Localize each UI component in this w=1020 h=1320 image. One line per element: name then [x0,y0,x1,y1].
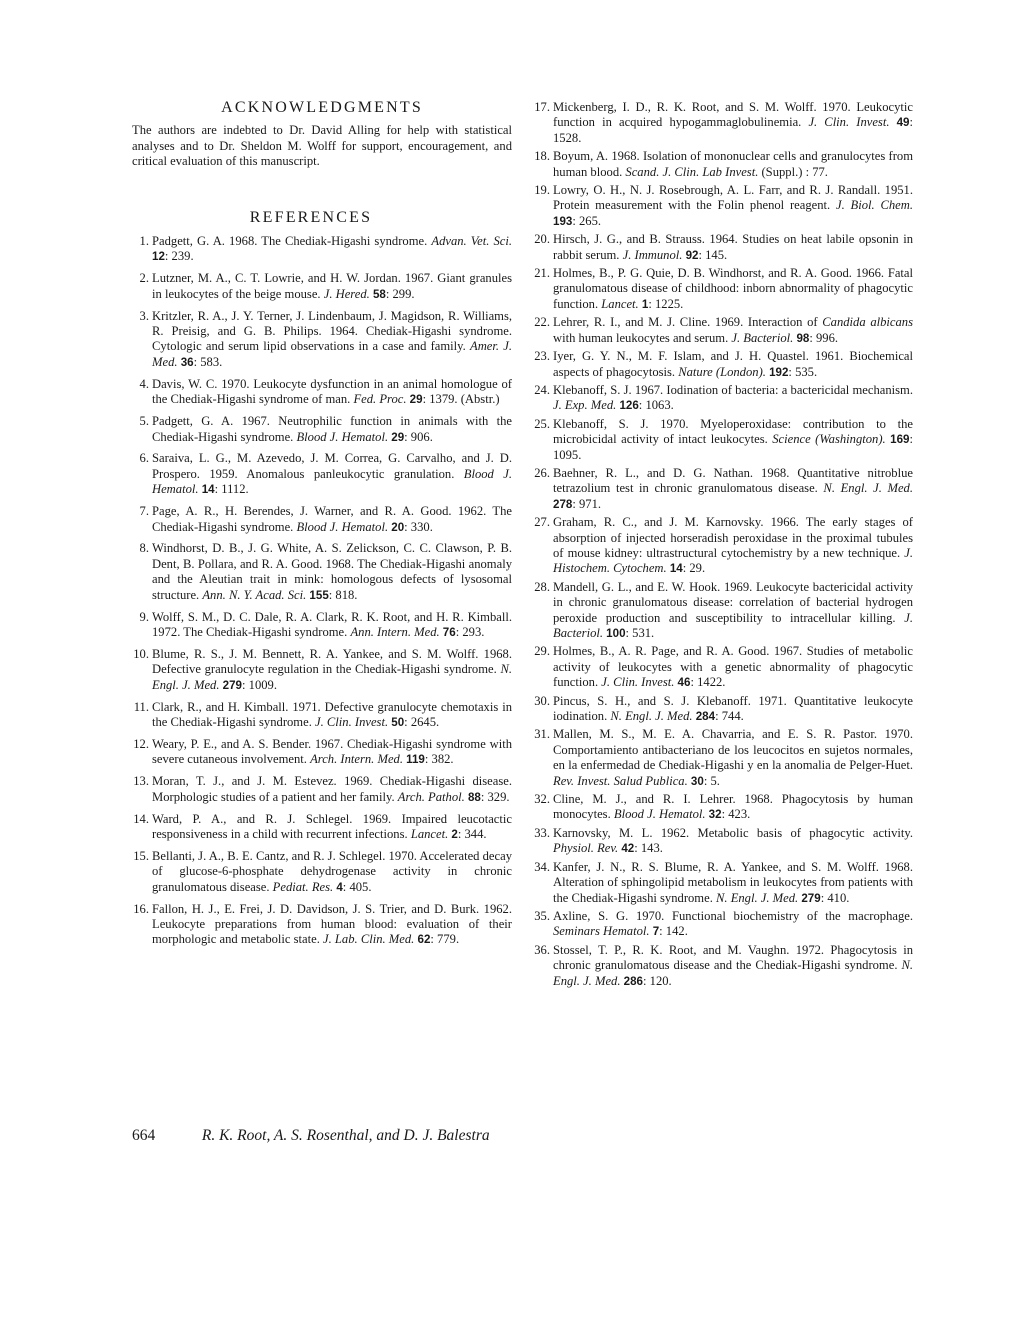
reference-text: : 996. [809,331,838,345]
journal-title: Lancet. [411,827,448,841]
journal-title: J. Lab. Clin. Med. [323,932,414,946]
left-column: ACKNOWLEDGMENTS The authors are indebted… [132,100,512,954]
reference-text: : 29. [683,561,705,575]
reference-item: 2.Lutzner, M. A., C. T. Lowrie, and H. W… [132,271,512,302]
reference-item: 22.Lehrer, R. I., and M. J. Cline. 1969.… [530,315,913,346]
journal-title: J. Clin. Invest. [808,115,889,129]
journal-title: J. Clin. Invest. [315,715,388,729]
reference-text: : 1063. [639,398,674,412]
reference-number: 18. [530,149,550,164]
volume-number: 58 [373,288,386,301]
reference-number: 3. [132,309,149,324]
reference-number: 2. [132,271,149,286]
reference-text: : 145. [698,248,727,262]
reference-text: : 299. [386,287,415,301]
reference-number: 25. [530,417,550,432]
journal-title: Seminars Hematol. [553,924,650,938]
volume-number: 193 [553,215,572,228]
reference-item: 32.Cline, M. J., and R. I. Lehrer. 1968.… [530,792,913,823]
reference-number: 4. [132,377,149,392]
right-column: 17.Mickenberg, I. D., R. K. Root, and S.… [530,100,913,992]
reference-text: : 906. [404,430,433,444]
reference-item: 6.Saraiva, L. G., M. Azevedo, J. M. Corr… [132,451,512,497]
reference-number: 32. [530,792,550,807]
reference-text: : 583. [194,355,223,369]
reference-number: 11. [132,700,149,715]
reference-text: : 405. [343,880,372,894]
volume-number: 284 [696,710,715,723]
reference-number: 34. [530,860,550,875]
reference-text: : 1009. [242,678,277,692]
reference-text: : 535. [788,365,817,379]
journal-title: N. Engl. J. Med. [716,891,798,905]
reference-item: 3.Kritzler, R. A., J. Y. Terner, J. Lind… [132,309,512,371]
reference-text: : 120. [643,974,672,988]
volume-number: 30 [691,775,704,788]
page-footer: 664 R. K. Root, A. S. Rosenthal, and D. … [132,1127,632,1145]
reference-text: Stossel, T. P., R. K. Root, and M. Vaugh… [553,943,913,972]
reference-number: 19. [530,183,550,198]
journal-title: Advan. Vet. Sci. [431,234,512,248]
volume-number: 62 [418,933,431,946]
reference-text: : 1422. [690,675,725,689]
reference-text: : 293. [456,625,485,639]
reference-item: 30.Pincus, S. H., and S. J. Klebanoff. 1… [530,694,913,725]
volume-number: 279 [223,679,242,692]
reference-text: Axline, S. G. 1970. Functional biochemis… [553,909,913,923]
reference-text: : 423. [722,807,751,821]
volume-number: 36 [181,356,194,369]
journal-title: Scand. J. Clin. Lab Invest. [625,165,758,179]
volume-number: 100 [606,627,625,640]
volume-number: 76 [443,626,456,639]
volume-number: 42 [621,842,634,855]
reference-number: 14. [132,812,149,827]
reference-item: 21.Holmes, B., P. G. Quie, D. B. Windhor… [530,266,913,312]
reference-list-right: 17.Mickenberg, I. D., R. K. Root, and S.… [530,100,913,989]
journal-title: J. Exp. Med. [553,398,616,412]
reference-item: 26.Baehner, R. L., and D. G. Nathan. 196… [530,466,913,512]
references-heading: REFERENCES [132,210,512,225]
reference-number: 13. [132,774,149,789]
volume-number: 278 [553,498,572,511]
reference-text: Saraiva, L. G., M. Azevedo, J. M. Correa… [152,451,512,480]
reference-number: 7. [132,504,149,519]
reference-text: Graham, R. C., and J. M. Karnovsky. 1966… [553,515,913,560]
journal-title: Candida albicans [822,315,913,329]
reference-number: 15. [132,849,149,864]
reference-text: Hirsch, J. G., and B. Strauss. 1964. Stu… [553,232,913,261]
reference-text: : 330. [404,520,433,534]
reference-item: 9.Wolff, S. M., D. C. Dale, R. A. Clark,… [132,610,512,641]
reference-item: 20.Hirsch, J. G., and B. Strauss. 1964. … [530,232,913,263]
running-head-authors: R. K. Root, A. S. Rosenthal, and D. J. B… [202,1127,490,1144]
reference-text: : 344. [458,827,487,841]
journal-title: Fed. Proc. [353,392,406,406]
volume-number: 169 [890,433,909,446]
reference-item: 18.Boyum, A. 1968. Isolation of mononucl… [530,149,913,180]
reference-text: Blume, R. S., J. M. Bennett, R. A. Yanke… [152,647,512,676]
journal-title: J. Biol. Chem. [836,198,913,212]
journal-title: Physiol. Rev. [553,841,618,855]
reference-list-left: 1.Padgett, G. A. 1968. The Chediak-Higas… [132,234,512,948]
reference-text: : 143. [634,841,663,855]
journal-title: Ann. Intern. Med. [350,625,439,639]
reference-text: : 971. [572,497,601,511]
reference-item: 5.Padgett, G. A. 1967. Neutrophilic func… [132,414,512,445]
reference-number: 6. [132,451,149,466]
reference-item: 14.Ward, P. A., and R. J. Schlegel. 1969… [132,812,512,843]
reference-number: 23. [530,349,550,364]
journal-title: Pediat. Res. [273,880,334,894]
reference-number: 28. [530,580,550,595]
reference-text: : 382. [425,752,454,766]
reference-item: 27.Graham, R. C., and J. M. Karnovsky. 1… [530,515,913,577]
volume-number: 12 [152,250,165,263]
journal-title: Ann. N. Y. Acad. Sci. [202,588,306,602]
reference-text: : 2645. [404,715,439,729]
volume-number: 50 [391,716,404,729]
reference-item: 19.Lowry, O. H., N. J. Rosebrough, A. L.… [530,183,913,229]
reference-number: 21. [530,266,550,281]
page-number: 664 [132,1127,198,1145]
reference-item: 15.Bellanti, J. A., B. E. Cantz, and R. … [132,849,512,895]
volume-number: 98 [796,332,809,345]
reference-item: 23.Iyer, G. Y. N., M. F. Islam, and J. H… [530,349,913,380]
volume-number: 279 [801,892,820,905]
journal-title: Lancet. [601,297,638,311]
volume-number: 155 [309,589,328,602]
reference-text: with human leukocytes and serum. [553,331,731,345]
journal-title: N. Engl. J. Med. [610,709,692,723]
journal-title: N. Engl. J. Med. [823,481,913,495]
journal-title: Rev. Invest. Salud Publica. [553,774,688,788]
acknowledgments-heading: ACKNOWLEDGMENTS [132,100,512,115]
journal-title: Blood J. Hematol. [614,807,706,821]
reference-text: : 531. [626,626,655,640]
reference-number: 8. [132,541,149,556]
reference-item: 33.Karnovsky, M. L. 1962. Metabolic basi… [530,826,913,857]
reference-number: 27. [530,515,550,530]
reference-text: Lehrer, R. I., and M. J. Cline. 1969. In… [553,315,822,329]
reference-item: 12.Weary, P. E., and A. S. Bender. 1967.… [132,737,512,768]
reference-text: Karnovsky, M. L. 1962. Metabolic basis o… [553,826,913,840]
journal-title: J. Immunol. [623,248,683,262]
reference-item: 10.Blume, R. S., J. M. Bennett, R. A. Ya… [132,647,512,693]
reference-item: 16.Fallon, H. J., E. Frei, J. D. Davidso… [132,902,512,948]
volume-number: 46 [678,676,691,689]
reference-text: Mallen, M. S., M. E. A. Chavarria, and E… [553,727,913,772]
journal-title: Science (Washington). [772,432,885,446]
reference-number: 5. [132,414,149,429]
reference-item: 36.Stossel, T. P., R. K. Root, and M. Va… [530,943,913,989]
volume-number: 20 [391,521,404,534]
reference-text: : 265. [572,214,601,228]
acknowledgments-text: The authors are indebted to Dr. David Al… [132,123,512,169]
journal-title: J. Clin. Invest. [601,675,674,689]
reference-text: : 410. [821,891,850,905]
reference-number: 20. [530,232,550,247]
reference-number: 36. [530,943,550,958]
reference-item: 4.Davis, W. C. 1970. Leukocyte dysfuncti… [132,377,512,408]
reference-item: 8.Windhorst, D. B., J. G. White, A. S. Z… [132,541,512,603]
journal-title: Arch. Pathol. [398,790,465,804]
volume-number: 14 [670,562,683,575]
reference-number: 24. [530,383,550,398]
volume-number: 92 [686,249,699,262]
reference-text: : 5. [704,774,720,788]
reference-text: (Suppl.) : 77. [758,165,828,179]
reference-item: 11.Clark, R., and H. Kimball. 1971. Defe… [132,700,512,731]
reference-text: : 142. [659,924,688,938]
volume-number: 29 [410,393,423,406]
volume-number: 192 [769,366,788,379]
reference-number: 31. [530,727,550,742]
reference-text: : 779. [430,932,459,946]
volume-number: 126 [619,399,638,412]
reference-item: 35.Axline, S. G. 1970. Functional bioche… [530,909,913,940]
reference-number: 17. [530,100,550,115]
volume-number: 88 [468,791,481,804]
reference-number: 33. [530,826,550,841]
journal-title: Blood J. Hematol. [296,430,388,444]
reference-number: 26. [530,466,550,481]
reference-item: 13.Moran, T. J., and J. M. Estevez. 1969… [132,774,512,805]
reference-text: : 239. [165,249,194,263]
reference-item: 29.Holmes, B., A. R. Page, and R. A. Goo… [530,644,913,690]
journal-title: Nature (London). [678,365,766,379]
reference-text: : 744. [715,709,744,723]
reference-number: 22. [530,315,550,330]
reference-number: 9. [132,610,149,625]
reference-item: 28.Mandell, G. L., and E. W. Hook. 1969.… [530,580,913,642]
reference-text [889,115,896,129]
volume-number: 49 [897,116,910,129]
reference-text: Kritzler, R. A., J. Y. Terner, J. Linden… [152,309,512,354]
reference-item: 7.Page, A. R., H. Berendes, J. Warner, a… [132,504,512,535]
journal-title: Arch. Intern. Med. [310,752,403,766]
reference-number: 12. [132,737,149,752]
reference-item: 1.Padgett, G. A. 1968. The Chediak-Higas… [132,234,512,265]
reference-item: 17.Mickenberg, I. D., R. K. Root, and S.… [530,100,913,146]
volume-number: 119 [406,753,425,766]
reference-text: Padgett, G. A. 1968. The Chediak-Higashi… [152,234,431,248]
journal-title: Blood J. Hematol. [296,520,388,534]
reference-text: : 1112. [215,482,249,496]
reference-number: 1. [132,234,149,249]
volume-number: 14 [202,483,215,496]
reference-text: : 1379. (Abstr.) [423,392,500,406]
reference-text: : 1225. [648,297,683,311]
volume-number: 29 [391,431,404,444]
reference-item: 34.Kanfer, J. N., R. S. Blume, R. A. Yan… [530,860,913,906]
reference-text: Klebanoff, S. J. 1967. Iodination of bac… [553,383,913,397]
journal-title: J. Hered. [324,287,370,301]
reference-text: Mandell, G. L., and E. W. Hook. 1969. Le… [553,580,913,625]
reference-number: 30. [530,694,550,709]
reference-number: 16. [132,902,149,917]
volume-number: 286 [624,975,643,988]
volume-number: 32 [709,808,722,821]
reference-number: 35. [530,909,550,924]
reference-item: 25.Klebanoff, S. J. 1970. Myeloperoxidas… [530,417,913,463]
reference-number: 29. [530,644,550,659]
reference-item: 24.Klebanoff, S. J. 1967. Iodination of … [530,383,913,414]
reference-text: : 818. [329,588,358,602]
reference-number: 10. [132,647,149,662]
journal-title: J. Bacteriol. [731,331,793,345]
reference-item: 31.Mallen, M. S., M. E. A. Chavarria, an… [530,727,913,789]
reference-text: : 329. [481,790,510,804]
